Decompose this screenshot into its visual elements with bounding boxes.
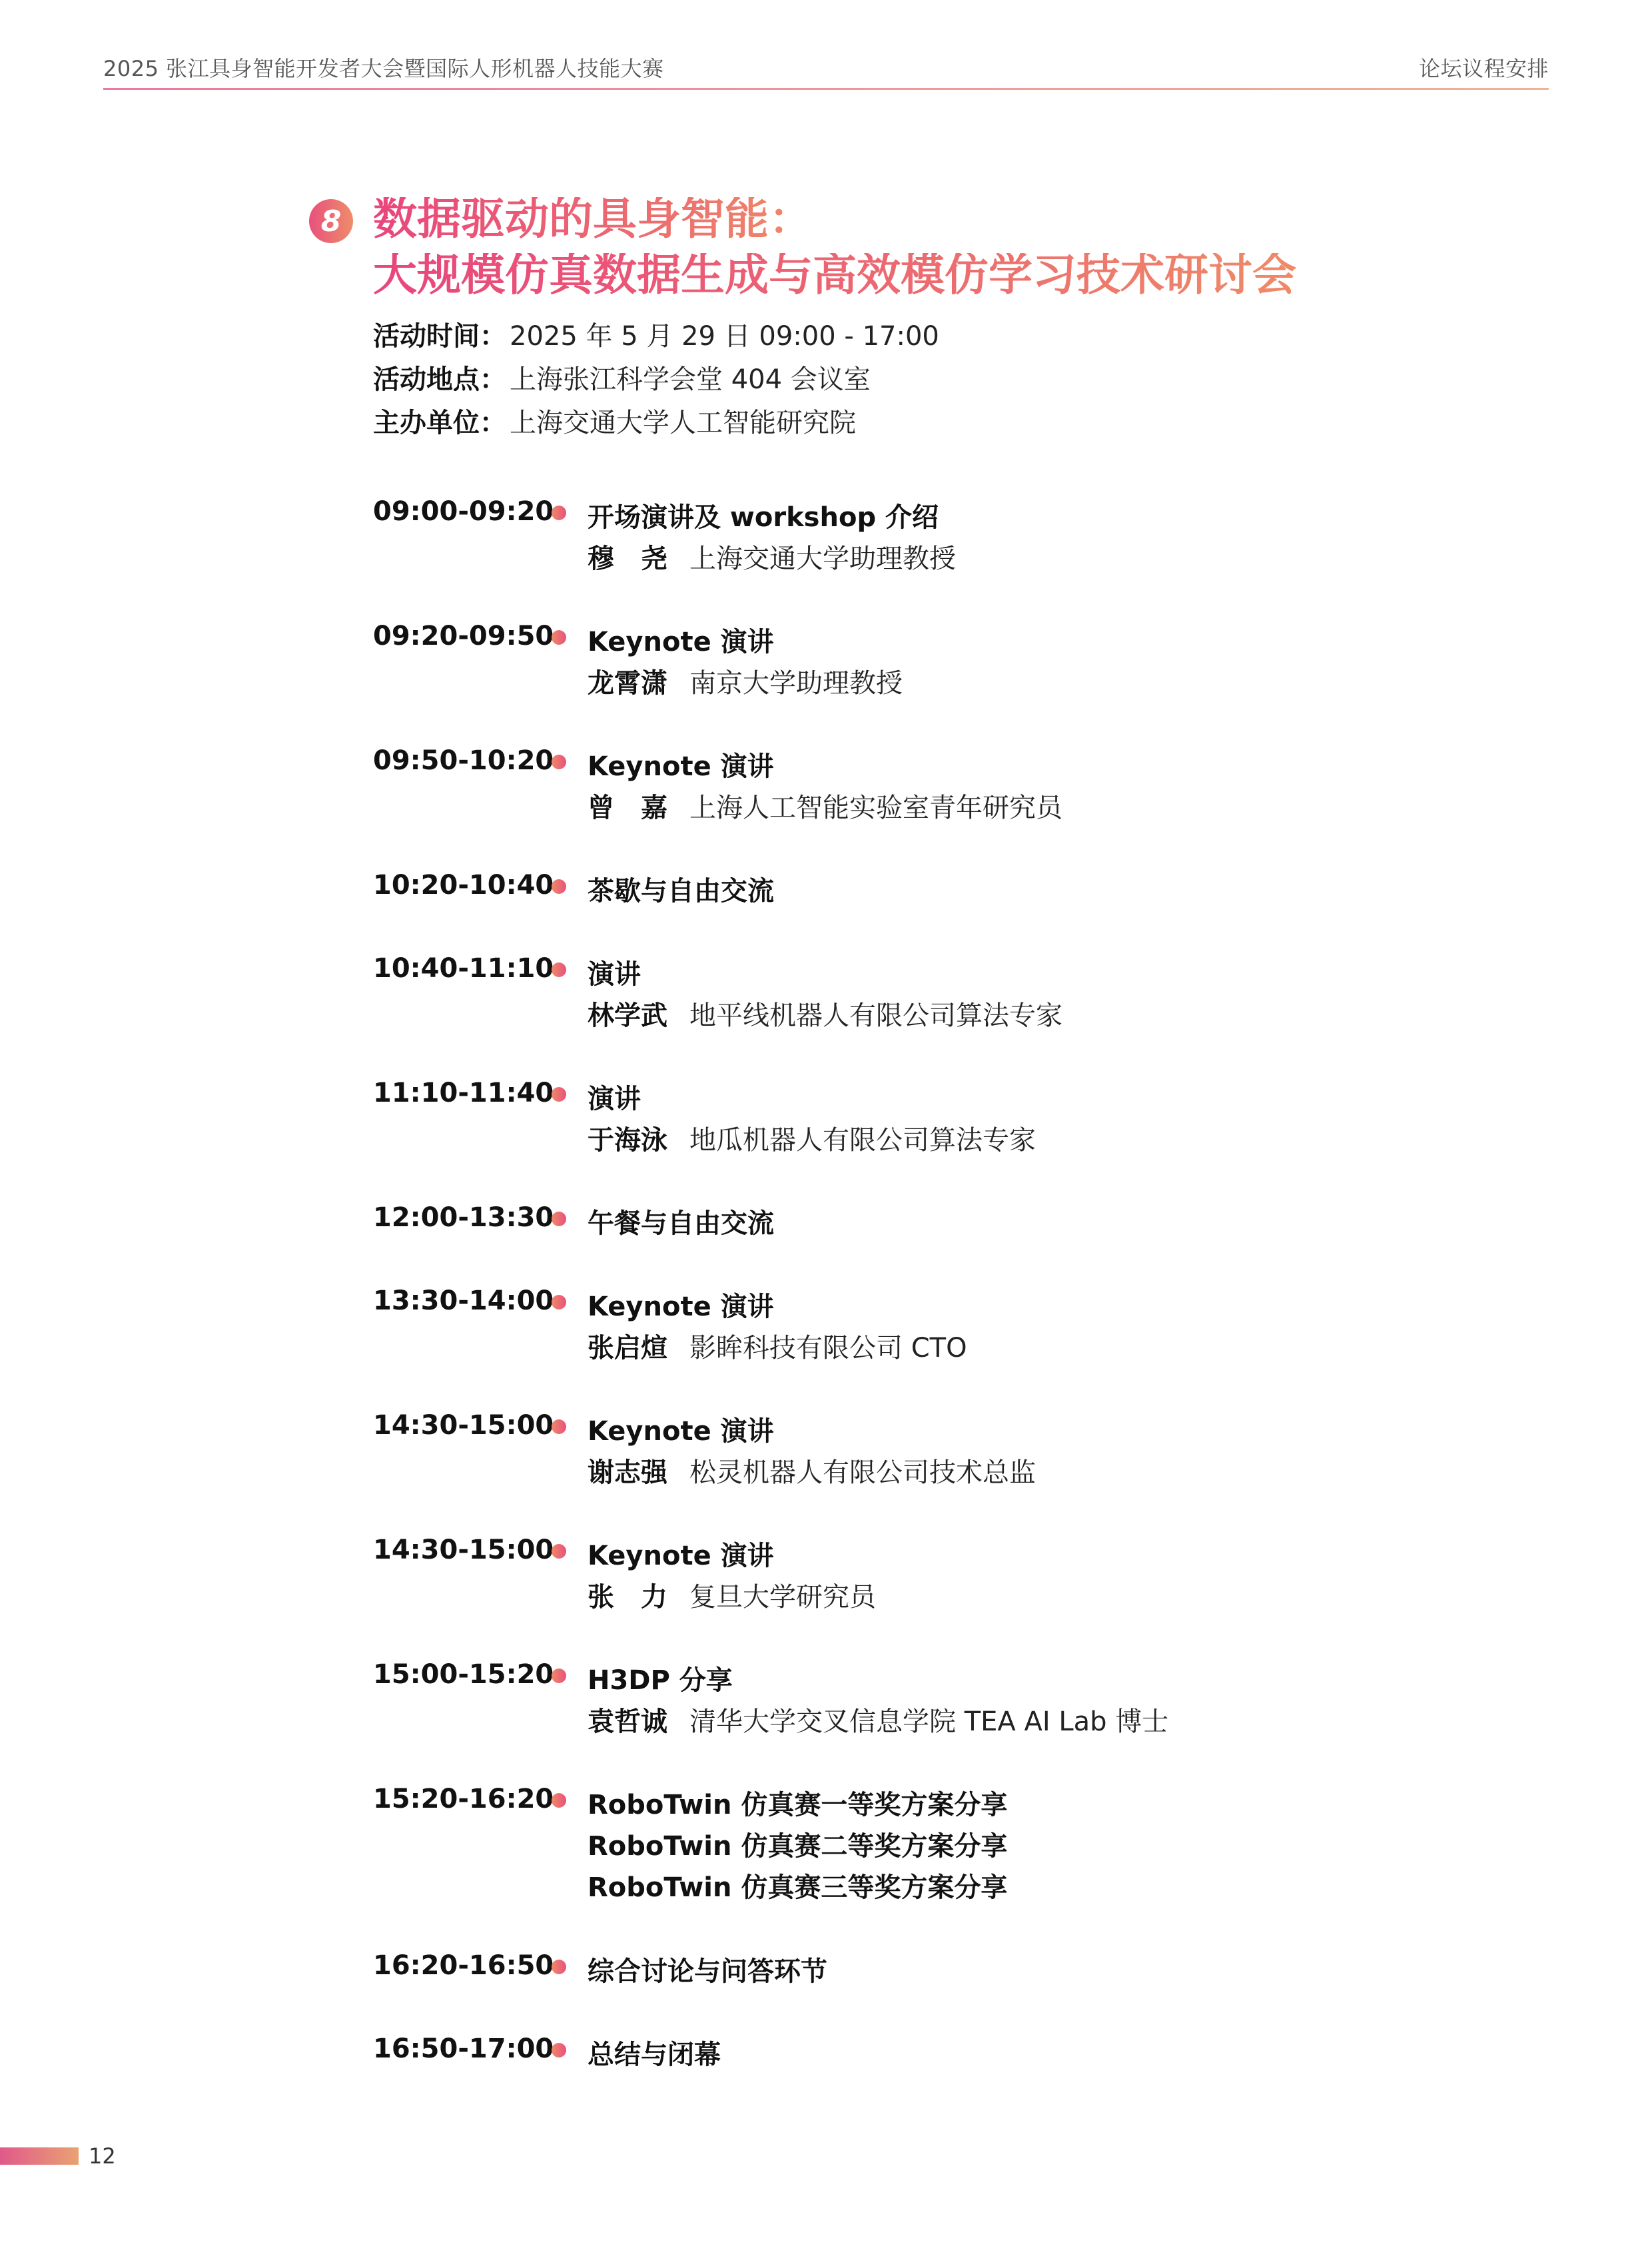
session-title: 茶歇与自由交流: [588, 870, 774, 908]
bullet-dot-icon: [552, 1793, 566, 1808]
session-title: 演讲: [588, 1078, 641, 1116]
speaker-affiliation: 南京大学助理教授: [689, 668, 903, 699]
document-header-title: 2025 张江具身智能开发者大会暨国际人形机器人技能大赛: [103, 52, 664, 83]
session-title: RoboTwin 仿真赛一等奖方案分享: [588, 1784, 1007, 1822]
footer-accent-bar: [0, 2147, 79, 2165]
speaker-name: 龙霄潇: [588, 662, 689, 700]
session-title: Keynote 演讲: [588, 1286, 774, 1323]
forum-title-line2: 大规模仿真数据生成与高效模仿学习技术研讨会: [373, 253, 1296, 297]
info-value: 2025 年 5 月 29 日 09:00 - 17:00: [510, 321, 939, 352]
session-title: 午餐与自由交流: [588, 1202, 774, 1240]
bullet-dot-icon: [552, 1544, 566, 1559]
speaker-line: 于海泳地瓜机器人有限公司算法专家: [588, 1119, 1036, 1157]
forum-title-line1: 数据驱动的具身智能：: [373, 197, 813, 241]
session-time: 12:00-13:30: [373, 1202, 554, 1233]
info-value: 上海张江科学会堂 404 会议室: [510, 364, 871, 395]
speaker-name: 林学武: [588, 994, 689, 1032]
section-label: 论坛议程安排: [1419, 52, 1549, 83]
speaker-affiliation: 松灵机器人有限公司技术总监: [689, 1457, 1036, 1488]
session-time: 16:50-17:00: [373, 2034, 554, 2064]
bullet-dot-icon: [552, 1960, 566, 1974]
speaker-affiliation: 上海交通大学助理教授: [689, 544, 956, 574]
session-time: 14:30-15:00: [373, 1410, 554, 1441]
speaker-line: 袁哲诚清华大学交叉信息学院 TEA AI Lab 博士: [588, 1700, 1168, 1738]
session-title: 演讲: [588, 953, 641, 991]
speaker-affiliation: 上海人工智能实验室青年研究员: [689, 793, 1062, 823]
session-time: 10:40-11:10: [373, 953, 554, 984]
speaker-line: 张 力复旦大学研究员: [588, 1576, 876, 1614]
header-divider: [103, 88, 1549, 90]
bullet-dot-icon: [552, 1212, 566, 1226]
bullet-dot-icon: [552, 755, 566, 769]
speaker-affiliation: 清华大学交叉信息学院 TEA AI Lab 博士: [689, 1706, 1168, 1737]
session-time: 15:00-15:20: [373, 1659, 554, 1690]
session-time: 09:50-10:20: [373, 745, 554, 776]
info-value: 上海交通大学人工智能研究院: [510, 408, 856, 438]
info-label: 活动地点：: [373, 366, 510, 393]
session-title: RoboTwin 仿真赛三等奖方案分享: [588, 1866, 1007, 1904]
bullet-dot-icon: [552, 1669, 566, 1683]
speaker-name: 曾 嘉: [588, 787, 689, 825]
session-time: 10:20-10:40: [373, 870, 554, 901]
bullet-dot-icon: [552, 879, 566, 894]
speaker-line: 龙霄潇南京大学助理教授: [588, 662, 903, 700]
session-title: Keynote 演讲: [588, 745, 774, 783]
info-location: 活动地点：上海张江科学会堂 404 会议室: [373, 366, 871, 393]
speaker-name: 于海泳: [588, 1119, 689, 1157]
info-label: 主办单位：: [373, 410, 510, 436]
speaker-name: 穆 尧: [588, 538, 689, 575]
session-time: 11:10-11:40: [373, 1078, 554, 1108]
speaker-line: 曾 嘉上海人工智能实验室青年研究员: [588, 787, 1062, 825]
page-number: 12: [89, 2143, 116, 2169]
speaker-name: 张启煊: [588, 1327, 689, 1365]
session-title: H3DP 分享: [588, 1659, 733, 1697]
session-time: 16:20-16:50: [373, 1950, 554, 1981]
session-title: Keynote 演讲: [588, 621, 774, 659]
info-organizer: 主办单位：上海交通大学人工智能研究院: [373, 410, 856, 436]
speaker-name: 袁哲诚: [588, 1700, 689, 1738]
session-title: 开场演讲及 workshop 介绍: [588, 496, 939, 534]
bullet-dot-icon: [552, 1419, 566, 1434]
session-time: 15:20-16:20: [373, 1784, 554, 1814]
speaker-affiliation: 地平线机器人有限公司算法专家: [689, 1000, 1062, 1031]
session-time: 13:30-14:00: [373, 1286, 554, 1316]
session-time: 09:00-09:20: [373, 496, 554, 527]
speaker-line: 穆 尧上海交通大学助理教授: [588, 538, 956, 575]
speaker-line: 张启煊影眸科技有限公司 CTO: [588, 1327, 967, 1365]
bullet-dot-icon: [552, 2043, 566, 2057]
info-time: 活动时间：2025 年 5 月 29 日 09:00 - 17:00: [373, 323, 939, 350]
session-title: RoboTwin 仿真赛二等奖方案分享: [588, 1825, 1007, 1863]
session-title: 总结与闭幕: [588, 2034, 721, 2071]
bullet-dot-icon: [552, 1087, 566, 1102]
info-label: 活动时间：: [373, 323, 510, 350]
forum-number-badge: 8: [309, 199, 353, 243]
speaker-name: 谢志强: [588, 1451, 689, 1489]
bullet-dot-icon: [552, 1295, 566, 1309]
session-title: Keynote 演讲: [588, 1535, 774, 1573]
speaker-line: 林学武地平线机器人有限公司算法专家: [588, 994, 1062, 1032]
bullet-dot-icon: [552, 506, 566, 520]
session-title: Keynote 演讲: [588, 1410, 774, 1448]
session-time: 14:30-15:00: [373, 1535, 554, 1565]
speaker-affiliation: 复旦大学研究员: [689, 1582, 876, 1613]
speaker-affiliation: 地瓜机器人有限公司算法专家: [689, 1125, 1036, 1156]
speaker-name: 张 力: [588, 1576, 689, 1614]
bullet-dot-icon: [552, 630, 566, 645]
session-time: 09:20-09:50: [373, 621, 554, 651]
speaker-line: 谢志强松灵机器人有限公司技术总监: [588, 1451, 1036, 1489]
speaker-affiliation: 影眸科技有限公司 CTO: [689, 1333, 967, 1363]
session-title: 综合讨论与问答环节: [588, 1950, 827, 1988]
bullet-dot-icon: [552, 962, 566, 977]
